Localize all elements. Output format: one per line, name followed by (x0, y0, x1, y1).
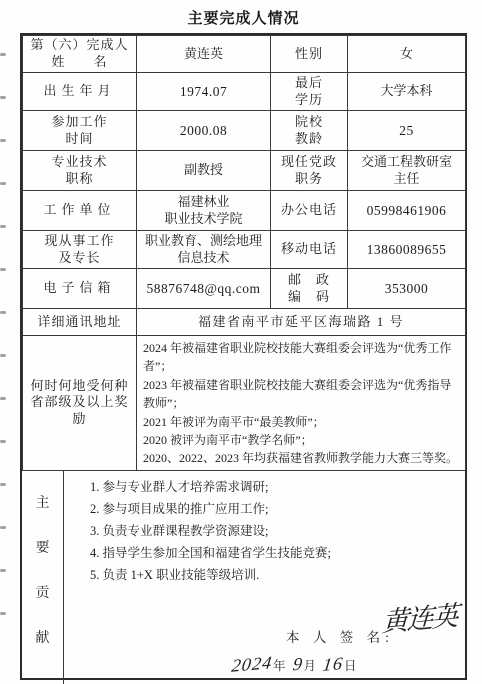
value-final-education: 大学本科 (348, 73, 466, 111)
label-office-phone: 办公电话 (271, 191, 348, 231)
contribution-content: 1. 参与专业群人才培养需求调研; 2. 参与项目成果的推广应用工作; 3. 负… (64, 471, 465, 684)
label-char: 贡 (36, 582, 50, 602)
scan-artifact (0, 440, 6, 443)
person-info-grid: 第（六）完成人 姓 名 黄连英 性别 女 出生年月 1974.07 最后 学历 … (22, 35, 466, 471)
value-work-start-time: 2000.08 (137, 111, 271, 151)
award-item: 2020 被评为南平市“教学名师”； (143, 431, 461, 449)
label-char: 主 (36, 492, 50, 512)
scan-artifact (0, 354, 6, 357)
date-day-unit: 日 (344, 659, 357, 673)
label-completer-name: 第（六）完成人 姓 名 (23, 36, 137, 73)
scan-artifact (0, 612, 6, 615)
value-employer: 福建林业 职业技术学院 (137, 191, 271, 231)
label-work-start-time: 参加工作 时间 (23, 111, 137, 151)
scan-artifact (0, 268, 6, 271)
date-day: 16 (322, 653, 345, 676)
label-main-contribution: 主 要 贡 献 (22, 471, 64, 684)
scan-artifact (0, 569, 6, 572)
contribution-item: 1. 参与专业群人才培养需求调研; (90, 476, 457, 498)
date-year-unit: 年 (273, 659, 286, 673)
signature-date: 2024年 9月 16日 (232, 654, 360, 675)
label-mailing-address: 详细通讯地址 (23, 309, 137, 336)
label-gender: 性别 (271, 36, 348, 73)
signature-label: 本 人 签 名: (286, 626, 394, 646)
table-row: 专业技术 职称 副教授 现任党政 职务 交通工程教研室 主任 (23, 151, 466, 191)
value-teaching-years: 25 (348, 111, 466, 151)
document-page: 主要完成人情况 第（六）完成人 姓 名 黄连英 性别 女 出生年月 1974.0… (0, 0, 482, 684)
contribution-item: 3. 负责专业群课程教学资源建设; (90, 520, 457, 542)
scan-artifact (0, 96, 6, 99)
table-row: 参加工作 时间 2000.08 院校 教龄 25 (23, 111, 466, 151)
label-char: 献 (36, 627, 50, 647)
label-teaching-years: 院校 教龄 (271, 111, 348, 151)
scan-artifact (0, 483, 6, 486)
date-month-unit: 月 (304, 659, 317, 673)
table-row: 第（六）完成人 姓 名 黄连英 性别 女 (23, 36, 466, 73)
scan-artifact (0, 225, 6, 228)
label-birth-date: 出生年月 (23, 73, 137, 111)
value-mailing-address: 福建省南平市延平区海瑞路 1 号 (137, 309, 466, 336)
value-email: 58876748@qq.com (137, 269, 271, 309)
contribution-item: 5. 负责 1+X 职业技能等级培训. (90, 564, 457, 586)
awards-list: 2024 年被福建省职业院校技能大赛组委会评选为“优秀工作者”； 2023 年被… (137, 336, 466, 471)
scan-artifact (0, 311, 6, 314)
value-mobile-phone: 13860089655 (348, 231, 466, 269)
label-postal-code: 邮 政 编 码 (271, 269, 348, 309)
contribution-item: 4. 指导学生参加全国和福建省学生技能竞赛; (90, 542, 457, 564)
label-professional-title: 专业技术 职称 (23, 151, 137, 191)
label-final-education: 最后 学历 (271, 73, 348, 111)
label-current-specialty: 现从事工作 及专长 (23, 231, 137, 269)
award-item: 2023 年被福建省职业院校技能大赛组委会评选为“优秀指导教师”； (143, 376, 461, 413)
value-gender: 女 (348, 36, 466, 73)
value-birth-date: 1974.07 (137, 73, 271, 111)
table-row: 详细通讯地址 福建省南平市延平区海瑞路 1 号 (23, 309, 466, 336)
value-party-post: 交通工程教研室 主任 (348, 151, 466, 191)
label-employer: 工作单位 (23, 191, 137, 231)
page-title: 主要完成人情况 (20, 7, 467, 28)
label-mobile-phone: 移动电话 (271, 231, 348, 269)
scan-artifact (0, 53, 6, 56)
date-year: 2024 (230, 652, 273, 676)
award-item: 2024 年被福建省职业院校技能大赛组委会评选为“优秀工作者”； (143, 339, 461, 376)
scan-artifact (0, 526, 6, 529)
scan-artifact (0, 139, 6, 142)
scan-artifact (0, 182, 6, 185)
scan-artifact (0, 397, 6, 400)
table-row: 出生年月 1974.07 最后 学历 大学本科 (23, 73, 466, 111)
award-item: 2021 年被评为南平市“最美教师”； (143, 413, 461, 431)
value-postal-code: 353000 (348, 269, 466, 309)
label-email: 电子信箱 (23, 269, 137, 309)
table-row: 何时何地受何种 省部级及以上奖 励 2024 年被福建省职业院校技能大赛组委会评… (23, 336, 466, 471)
label-char: 要 (36, 537, 50, 557)
table-row: 电子信箱 58876748@qq.com 邮 政 编 码 353000 (23, 269, 466, 309)
contribution-item: 2. 参与项目成果的推广应用工作; (90, 498, 457, 520)
value-completer-name: 黄连英 (137, 36, 271, 73)
award-item: 2020、2022、2023 年均获福建省教师教学能力大赛三等奖。 (143, 449, 461, 467)
table-row: 现从事工作 及专长 职业教育、测绘地理 信息技术 移动电话 1386008965… (23, 231, 466, 269)
table-row: 工作单位 福建林业 职业技术学院 办公电话 05998461906 (23, 191, 466, 231)
info-table: 第（六）完成人 姓 名 黄连英 性别 女 出生年月 1974.07 最后 学历 … (20, 33, 467, 680)
value-office-phone: 05998461906 (348, 191, 466, 231)
value-current-specialty: 职业教育、测绘地理 信息技术 (137, 231, 271, 269)
label-party-post: 现任党政 职务 (271, 151, 348, 191)
handwritten-signature: 黄连英 (381, 593, 458, 639)
label-awards: 何时何地受何种 省部级及以上奖 励 (23, 336, 137, 471)
main-contribution-row: 主 要 贡 献 1. 参与专业群人才培养需求调研; 2. 参与项目成果的推广应用… (22, 471, 465, 684)
date-month: 9 (291, 653, 304, 675)
value-professional-title: 副教授 (137, 151, 271, 191)
